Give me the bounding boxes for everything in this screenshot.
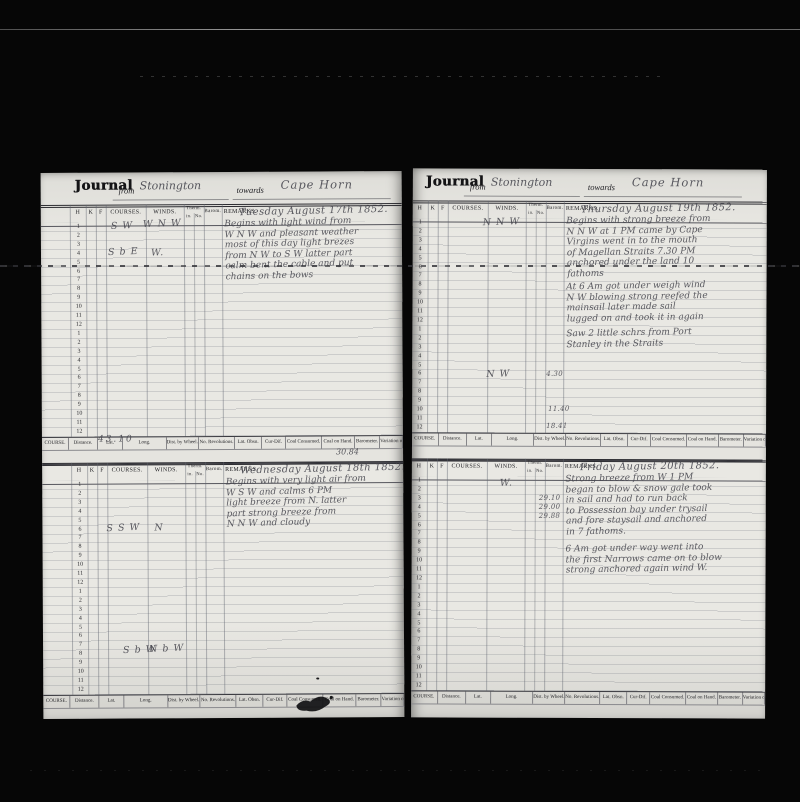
remarks-line: N N W and cloudy [227, 516, 367, 530]
hour-number: 7 [73, 276, 84, 285]
remarks-line: Stanley in the Straits [566, 338, 692, 351]
hour-number: 7 [74, 534, 85, 543]
hour-number: 2 [73, 232, 84, 241]
remarks-line: lugged on and took it in again [567, 312, 708, 325]
column-divider [411, 200, 413, 432]
hour-number: 7 [414, 379, 425, 388]
col-winds: WINDS. [147, 467, 185, 473]
col-courses: COURSES. [448, 206, 488, 212]
summary-column-label: Coal Consumed. [286, 436, 322, 448]
hour-number: 3 [414, 343, 425, 352]
hour-number: 10 [414, 405, 425, 414]
handwritten-wind: N b W [149, 643, 185, 655]
destination-handwritten: Cape Horn [632, 175, 704, 189]
hour-number: 1 [414, 476, 425, 485]
column-divider [205, 462, 207, 694]
col-therm-no: No. [535, 468, 545, 473]
hour-number: 2 [74, 490, 85, 499]
col-courses: COURSES. [447, 464, 487, 470]
daily-summary-band: COURSE.Distance.Lat.Long.Dist. by Wheel.… [412, 432, 766, 461]
column-divider [426, 458, 428, 690]
hour-number: 4 [415, 245, 426, 254]
hour-number: 5 [74, 516, 85, 525]
hour-number: 1 [414, 325, 425, 334]
col-barom: Barom. [204, 209, 222, 214]
summary-column-label: Cur-Dif. [263, 695, 287, 707]
hour-number: 9 [414, 397, 425, 406]
scanned-logbook-spread: Journal from Stonington towards Cape Hor… [0, 0, 800, 802]
hour-number: 12 [75, 686, 86, 695]
hour-number: 10 [413, 663, 424, 672]
ink-speck [316, 677, 319, 679]
column-divider [534, 468, 536, 691]
col-therm-no: No. [536, 210, 546, 215]
hour-number: 9 [74, 401, 85, 410]
column-divider [223, 462, 225, 694]
heading-rule [233, 198, 391, 200]
summary-column-label: Coal on Hand. [686, 692, 718, 704]
origin-handwritten: Stonington [140, 179, 202, 192]
hour-number: 2 [73, 339, 84, 348]
hour-number: 9 [415, 290, 426, 299]
summary-column-label: No. Revolutions. [199, 437, 235, 449]
summary-column-label: Lat. [99, 696, 124, 708]
handwritten-remarks: Saw 2 little schrs from PortStanley in t… [566, 327, 692, 350]
handwritten-course: S b E [108, 246, 139, 258]
towards-label: towards [588, 182, 615, 192]
summary-column-label: Barometer. [719, 434, 744, 446]
hour-number: 8 [75, 543, 86, 552]
col-winds: WINDS. [146, 209, 184, 215]
hour-number: 6 [414, 370, 425, 379]
hour-number: 11 [75, 677, 86, 686]
col-therm-no: No. [194, 213, 204, 218]
hour-number: 11 [414, 414, 425, 423]
summary-columns: COURSE.Distance.Lat.Long.Dist. by Wheel.… [412, 433, 766, 447]
heading-rule [584, 196, 742, 198]
hour-number: 10 [414, 299, 425, 308]
hour-numbers: 123456789101112123456789101112 [74, 481, 86, 695]
hour-number: 12 [414, 316, 425, 325]
remarks-line: fathoms [567, 267, 711, 280]
summary-column-label: Distance. [69, 438, 98, 450]
hour-number: 8 [414, 388, 425, 397]
hour-number: 3 [75, 605, 86, 614]
hour-number: 4 [414, 352, 425, 361]
handwritten-wind: N N W [483, 216, 521, 228]
table-grid: H K F COURSES. WINDS. Therm. in. No. Bar… [42, 461, 404, 695]
hour-number: 12 [73, 321, 84, 330]
hour-number: 4 [74, 356, 85, 365]
hour-number: 11 [74, 419, 85, 428]
hour-number: 6 [74, 525, 85, 534]
hour-number: 3 [415, 236, 426, 245]
remarks-line: Saw 2 little schrs from Port [566, 327, 692, 340]
hour-number: 12 [74, 428, 85, 437]
handwritten-latitude: 43.10 [98, 434, 134, 444]
col-knots: K [86, 210, 96, 216]
col-hours: H [412, 205, 428, 211]
scan-artifact-line [0, 29, 800, 30]
hour-number: 3 [413, 601, 424, 610]
col-therm-no: No. [195, 471, 205, 476]
column-divider [87, 463, 89, 695]
heading-rule [113, 199, 229, 201]
page-heading: Journal from Stonington towards Cape Hor… [411, 170, 767, 201]
summary-column-label: Coal Consumed. [651, 434, 686, 446]
hour-number: 4 [73, 249, 84, 258]
hour-number: 1 [73, 330, 84, 339]
daily-summary-band: COURSE.Distance.Lat.Long.Dist. by Wheel.… [411, 690, 765, 718]
hour-number: 12 [413, 681, 424, 690]
column-divider [562, 459, 564, 691]
hour-number: 7 [75, 641, 86, 650]
column-divider [436, 458, 438, 690]
journal-page-right: Journal from Stonington towards Cape Hor… [411, 168, 767, 718]
column-divider [146, 204, 148, 436]
col-therm-in: in. [526, 210, 536, 215]
hour-number: 12 [75, 579, 86, 588]
col-knots: K [87, 468, 97, 474]
hour-number: 10 [73, 303, 84, 312]
col-hours: H [411, 463, 427, 469]
summary-column-label: Cur-Dif. [627, 692, 650, 704]
summary-column-label: Barometer. [356, 694, 381, 706]
summary-column-label: Lat. Obsn. [236, 695, 263, 707]
column-divider [147, 462, 149, 694]
summary-column-label: Variation of Comp. [744, 435, 766, 447]
summary-column-label: Distance. [438, 691, 466, 703]
hour-number: 4 [74, 507, 85, 516]
column-divider [535, 210, 537, 433]
column-divider [525, 201, 527, 433]
col-fathoms: F [437, 463, 447, 469]
remarks-line: chains on the bows [226, 269, 360, 283]
summary-column-label: Long. [491, 692, 534, 704]
hour-number: 9 [75, 659, 86, 668]
hour-number: 7 [415, 272, 426, 281]
log-table-left-lower: H K F COURSES. WINDS. Therm. in. No. Bar… [42, 461, 404, 719]
heading-rule [464, 196, 580, 197]
hour-number: 11 [73, 312, 84, 321]
hour-number: 9 [413, 655, 424, 664]
hour-number: 2 [414, 485, 425, 494]
remarks-line: strong anchored again wind W. [566, 563, 722, 576]
summary-column-label: Dist. by Wheel. [166, 437, 199, 449]
column-divider [184, 204, 186, 436]
column-divider [563, 201, 565, 433]
log-table-right-upper: H K F COURSES. WINDS. Therm. in. No. Bar… [412, 200, 767, 459]
column-divider [106, 205, 108, 437]
hour-number: 6 [413, 628, 424, 637]
column-divider [487, 201, 489, 433]
hour-number: 7 [74, 383, 85, 392]
summary-column-label: Variation of Comp. [381, 694, 404, 706]
handwritten-remarks: Begins with light wind fromW N W and ple… [224, 216, 359, 283]
hour-number: 6 [74, 374, 85, 383]
summary-column-label: Lat. [466, 692, 491, 704]
summary-column-label: Distance. [70, 696, 99, 708]
hour-number: 6 [414, 521, 425, 530]
origin-handwritten: Stonington [491, 176, 552, 189]
column-divider [524, 459, 526, 691]
column-divider [204, 204, 206, 436]
handwritten-course: S W [111, 220, 134, 232]
column-divider [107, 463, 109, 695]
summary-column-label: COURSE. [411, 691, 438, 703]
column-divider [70, 205, 72, 437]
hour-number: 1 [75, 588, 86, 597]
hour-number: 2 [415, 227, 426, 236]
column-divider [71, 463, 73, 695]
col-therm: Therm. [184, 205, 204, 210]
log-table-right-lower: H K F COURSES. WINDS. Therm. in. No. Bar… [411, 458, 766, 717]
column-divider [427, 200, 429, 432]
col-therm-in: in. [525, 468, 535, 473]
hour-number: 6 [73, 267, 84, 276]
summary-column-label: Lat. Obsn. [235, 437, 262, 449]
summary-column-label: Dist. by Wheel. [533, 692, 565, 704]
hour-number: 11 [414, 565, 425, 574]
col-therm: Therm. [525, 460, 545, 465]
handwritten-wind: N W [486, 368, 510, 380]
hour-number: 4 [75, 614, 86, 623]
hour-number: 11 [413, 672, 424, 681]
table-grid: H K F COURSES. WINDS. Therm. in. No. Bar… [411, 200, 767, 433]
summary-column-label: Distance. [439, 433, 467, 445]
hour-number: 5 [414, 361, 425, 370]
hour-number: 11 [414, 307, 425, 316]
column-divider [96, 205, 98, 437]
col-hours: H [71, 468, 87, 474]
hour-number: 9 [73, 294, 84, 303]
summary-column-label: No. Revolutions. [565, 692, 600, 704]
summary-column-label: COURSE. [412, 433, 439, 445]
hour-number: 8 [415, 281, 426, 290]
hour-number: 1 [73, 223, 84, 232]
hour-number: 10 [74, 410, 85, 419]
summary-column-label: Long. [492, 434, 535, 446]
hour-number: 1 [415, 218, 426, 227]
handwritten-barometer: 29.00 [539, 503, 561, 511]
column-divider [446, 459, 448, 691]
hour-number: 8 [413, 646, 424, 655]
hour-number: 9 [414, 548, 425, 557]
column-divider [97, 463, 99, 695]
col-fathoms: F [97, 468, 107, 474]
hour-number: 10 [414, 557, 425, 566]
column-divider [545, 201, 547, 433]
col-barom: Barom. [546, 206, 564, 211]
summary-column-label: COURSE. [42, 438, 69, 450]
hour-numbers: 123456789101112123456789101112 [414, 218, 426, 432]
hour-number: 7 [414, 530, 425, 539]
page-heading: Journal from Stonington towards Cape Hor… [41, 173, 405, 205]
hour-number: 3 [73, 241, 84, 250]
scan-artifact-specks [30, 770, 770, 771]
col-fathoms: F [96, 210, 106, 216]
col-therm: Therm. [185, 463, 205, 468]
hour-number: 12 [414, 574, 425, 583]
hour-number: 9 [75, 552, 86, 561]
col-courses: COURSES. [107, 467, 147, 473]
handwritten-remarks: Begins with very light air fromW S W and… [226, 474, 367, 531]
handwritten-barometer: 18.41 [546, 422, 568, 430]
hour-number: 3 [74, 499, 85, 508]
daily-summary-band: COURSE.Distance.Lat.Long.Dist. by Wheel.… [43, 693, 404, 719]
hour-number: 8 [414, 539, 425, 548]
col-barom: Barom. [545, 464, 563, 469]
column-divider [486, 459, 488, 691]
column-divider [437, 200, 439, 432]
handwritten-barometer: 11.40 [548, 405, 570, 413]
handwritten-remarks: Strong breeze from W 1 PMbegan to blow &… [565, 472, 713, 538]
hour-number: 5 [414, 512, 425, 521]
column-divider [447, 201, 449, 433]
hour-number: 2 [414, 334, 425, 343]
handwritten-wind: W. [500, 478, 513, 489]
col-knots: K [427, 463, 437, 469]
hour-numbers: 123456789101112123456789101112 [73, 223, 85, 437]
ink-blot [291, 691, 337, 717]
summary-column-label: Variation of Comp. [743, 693, 765, 705]
handwritten-remarks: 6 Am got under way went intothe first Na… [565, 542, 722, 577]
col-fathoms: F [438, 205, 448, 211]
destination-handwritten: Cape Horn [281, 177, 353, 191]
summary-column-label: Coal on Hand. [687, 434, 719, 446]
summary-column-label: Lat. [467, 434, 492, 446]
summary-column-label: Coal Consumed. [650, 692, 685, 704]
hour-number: 10 [75, 561, 86, 570]
summary-column-label: No. Revolutions. [200, 695, 236, 707]
summary-column-label: Cur-Dif. [628, 434, 651, 446]
handwritten-barometer: 29.10 [539, 494, 561, 502]
summary-column-label: Long. [125, 695, 168, 707]
from-label: from [119, 185, 135, 195]
hour-number: 4 [414, 503, 425, 512]
hour-number: 5 [415, 254, 426, 263]
summary-column-label: Cur-Dif. [262, 437, 286, 449]
log-table-left-upper: H K F COURSES. WINDS. Therm. in. No. Bar… [41, 203, 403, 463]
summary-column-label: COURSE. [43, 696, 70, 708]
col-winds: WINDS. [488, 206, 526, 212]
col-therm-in: in. [185, 471, 195, 476]
hour-number: 4 [413, 610, 424, 619]
hour-number: 10 [75, 668, 86, 677]
col-hours: H [70, 210, 86, 216]
handwritten-remarks: At 6 Am got under weigh windN W blowing … [566, 280, 708, 325]
hour-number: 3 [73, 347, 84, 356]
hour-number: 2 [413, 592, 424, 601]
hour-number: 6 [75, 632, 86, 641]
summary-column-label: Lat. Obsn. [600, 692, 627, 704]
journal-page-left: Journal from Stonington towards Cape Hor… [41, 171, 405, 719]
summary-column-label: Barometer. [718, 692, 743, 704]
handwritten-wind: W N W [143, 218, 182, 231]
column-divider [195, 471, 197, 694]
hour-numbers: 123456789101112123456789101112 [413, 476, 425, 690]
hour-number: 1 [74, 481, 85, 490]
table-grid: H K F COURSES. WINDS. Therm. in. No. Bar… [41, 203, 405, 437]
col-barom: Barom. [205, 467, 223, 472]
handwritten-wind: N [154, 522, 164, 533]
col-courses: COURSES. [106, 209, 146, 215]
table-grid: H K F COURSES. WINDS. Therm. in. No. Bar… [411, 458, 767, 691]
col-therm: Therm. [526, 202, 546, 207]
summary-column-label: Lat. Obsn. [601, 434, 628, 446]
hour-number: 1 [413, 583, 424, 592]
handwritten-date: Thursday August 19th 1852. [581, 202, 736, 215]
hour-number: 8 [75, 650, 86, 659]
column-divider [86, 205, 88, 437]
column-divider [222, 204, 224, 436]
column-divider [194, 213, 196, 436]
summary-column-label: No. Revolutions. [566, 434, 601, 446]
handwritten-barometer: 29.88 [539, 512, 561, 520]
column-divider [411, 458, 412, 690]
hour-number: 3 [414, 494, 425, 503]
handwritten-course: S S W [106, 522, 140, 534]
hour-number: 8 [74, 392, 85, 401]
summary-columns: COURSE.Distance.Lat.Long.Dist. by Wheel.… [411, 691, 765, 705]
col-winds: WINDS. [487, 464, 525, 470]
handwritten-remarks: Begins with strong breeze fromN N W at 1… [566, 214, 711, 280]
handwritten-barometer: 4.30 [546, 370, 563, 378]
hour-number: 5 [75, 623, 86, 632]
remarks-line: in 7 fathoms. [566, 525, 713, 538]
hour-number: 12 [414, 423, 425, 432]
summary-columns: COURSE.Distance.Lat.Long.Dist. by Wheel.… [43, 694, 404, 709]
hour-number: 2 [75, 596, 86, 605]
col-knots: K [428, 205, 438, 211]
hour-number: 5 [413, 619, 424, 628]
handwritten-wind: W. [151, 247, 165, 259]
col-therm-in: in. [184, 213, 194, 218]
summary-column-label: Variation of Comp. [380, 436, 403, 448]
hour-number: 5 [74, 365, 85, 374]
scan-scratch-line [0, 265, 800, 267]
column-divider [185, 462, 187, 694]
from-label: from [470, 182, 486, 192]
hour-number: 8 [73, 285, 84, 294]
hour-number: 11 [75, 570, 86, 579]
handwritten-barometer: 30.84 [336, 447, 359, 456]
towards-label: towards [237, 185, 264, 195]
scan-artifact-specks [140, 76, 660, 77]
summary-column-label: Dist. by Wheel. [168, 695, 201, 707]
summary-column-label: Dist. by Wheel. [534, 434, 566, 446]
hour-number: 7 [413, 637, 424, 646]
